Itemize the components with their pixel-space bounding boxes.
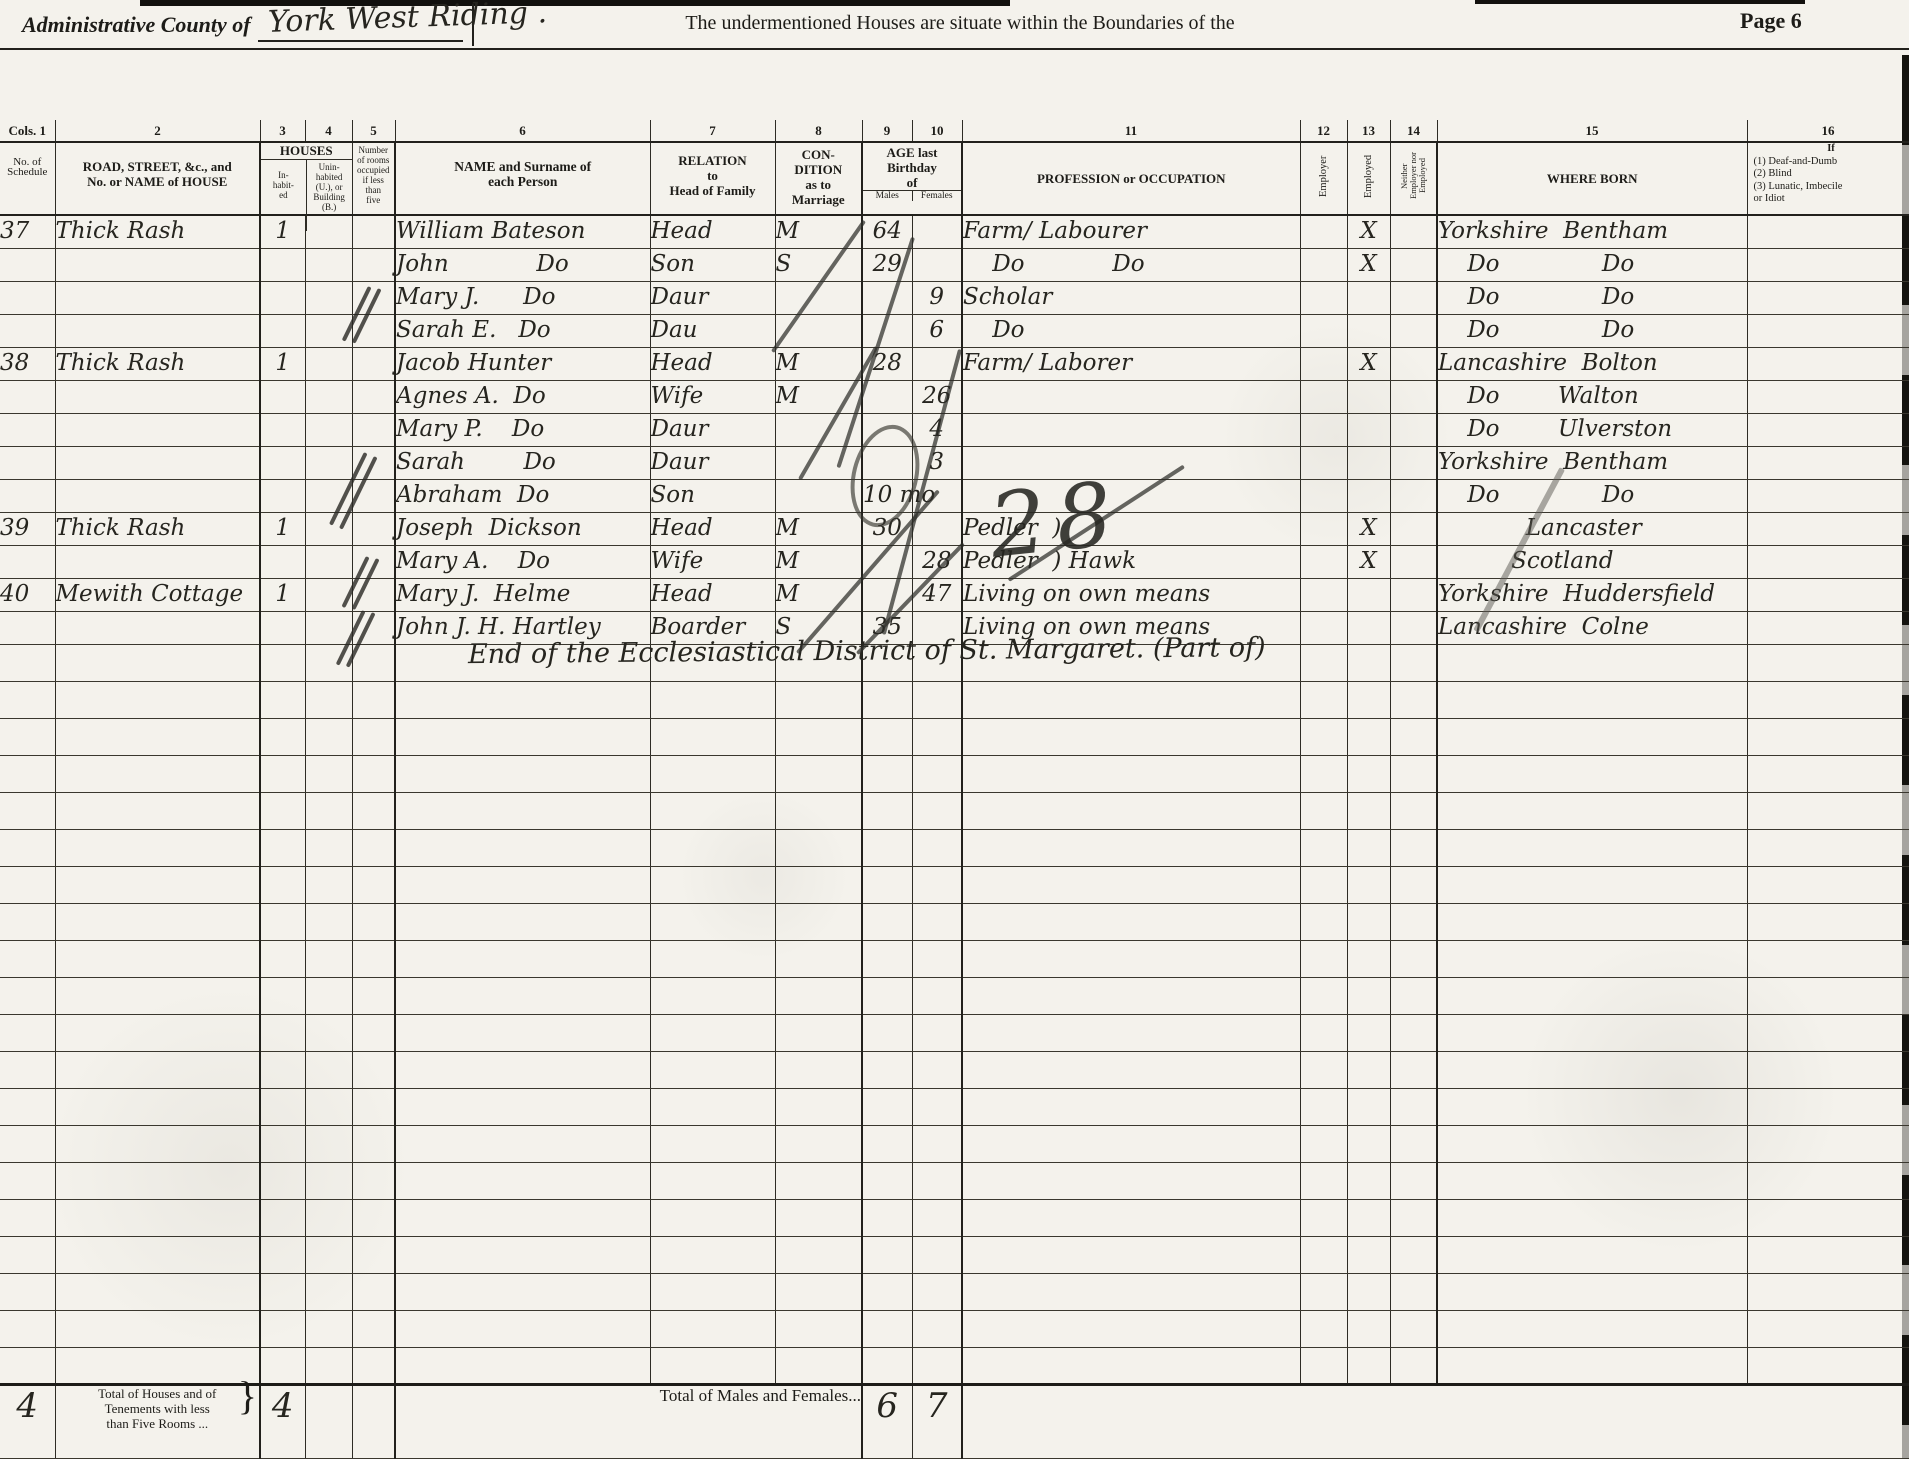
empty-row (0, 755, 1909, 792)
col-head-employed: Employed (1347, 142, 1390, 215)
empty-row (0, 1051, 1909, 1088)
footer-males-total: 6 (862, 1384, 912, 1458)
cell-uninhabited (305, 866, 352, 903)
cell-name-text: John J. H. Hartley (396, 614, 601, 640)
cell-relation (650, 681, 775, 718)
cell-rooms (352, 1125, 395, 1162)
cell-uninhabited (305, 718, 352, 755)
text-line: ROAD, STREET, &c., and (56, 159, 260, 174)
cell-house (55, 829, 260, 866)
cell-house-text: Thick Rash (56, 218, 186, 244)
cell-occupation (962, 792, 1300, 829)
person-row: Sarah E. DoDau6 Do Do Do (0, 314, 1909, 347)
cell-neither (1390, 578, 1437, 611)
cell-inhabited (260, 1199, 305, 1236)
cell-neither (1390, 829, 1437, 866)
cell-neither (1390, 1125, 1437, 1162)
cell-uninhabited (305, 792, 352, 829)
cell-schedule (0, 866, 55, 903)
cell-neither (1390, 380, 1437, 413)
cell-neither (1390, 1051, 1437, 1088)
cell-employer (1300, 347, 1347, 380)
empty-row (0, 1088, 1909, 1125)
cell-where-born: Do Walton (1437, 380, 1747, 413)
cell-employer (1300, 1125, 1347, 1162)
person-row: 39Thick Rash1Joseph DicksonHeadM30Pedler… (0, 512, 1909, 545)
column-headings-row: No. ofSchedule ROAD, STREET, &c., andNo.… (0, 142, 1909, 215)
cell-where-born (1437, 1125, 1747, 1162)
table-footer: 4 Total of Houses and ofTenements with l… (0, 1384, 1909, 1458)
cell-neither (1390, 281, 1437, 314)
cell-inhabited (260, 792, 305, 829)
empty-row (0, 792, 1909, 829)
cell-occupation (962, 1125, 1300, 1162)
text-line: CON- (776, 147, 862, 162)
cell-infirmities (1747, 1162, 1909, 1199)
cell-age-male (862, 792, 912, 829)
cell-age-male (862, 1051, 912, 1088)
cell-employer (1300, 792, 1347, 829)
cell-house (55, 1051, 260, 1088)
cell-age-female (912, 940, 962, 977)
cell-infirmities (1747, 792, 1909, 829)
cell-rooms (352, 829, 395, 866)
cell-inhabited (260, 977, 305, 1014)
cell-name (395, 1088, 650, 1125)
footer-empty-right (962, 1384, 1909, 1458)
cell-age-female (912, 977, 962, 1014)
text-line: (1) Deaf-and-Dumb (1754, 156, 1909, 169)
cell-where-born (1437, 940, 1747, 977)
cell-schedule (0, 446, 55, 479)
cell-neither (1390, 1014, 1437, 1051)
person-row: 40Mewith Cottage1Mary J. HelmeHeadM47Liv… (0, 578, 1909, 611)
cell-employer (1300, 1273, 1347, 1310)
cell-infirmities (1747, 611, 1909, 644)
cell-where-born-text: Do Do (1438, 482, 1634, 508)
cell-employed: X (1347, 215, 1390, 248)
col-head-uninhabited: Unin-habited(U.), orBuilding(B.) (307, 160, 352, 231)
cell-age-male (862, 1347, 912, 1384)
cell-neither (1390, 1162, 1437, 1199)
cell-rooms (352, 380, 395, 413)
totals-row: 4 Total of Houses and ofTenements with l… (0, 1384, 1909, 1458)
cell-age-female: 26 (912, 380, 962, 413)
cell-inhabited (260, 248, 305, 281)
cell-house (55, 1088, 260, 1125)
cell-condition (775, 1051, 862, 1088)
cell-house (55, 866, 260, 903)
cell-house (55, 1014, 260, 1051)
cell-employer (1300, 866, 1347, 903)
cell-rooms (352, 718, 395, 755)
cell-age-male-text: 64 (873, 218, 902, 244)
cell-schedule (0, 248, 55, 281)
cell-house: Thick Rash (55, 512, 260, 545)
cell-name (395, 940, 650, 977)
cell-rooms (352, 248, 395, 281)
cell-employed (1347, 446, 1390, 479)
cell-schedule (0, 644, 55, 681)
column-number: 15 (1437, 120, 1747, 142)
cell-employer (1300, 578, 1347, 611)
cell-uninhabited (305, 1088, 352, 1125)
cell-infirmities (1747, 446, 1909, 479)
cell-age-male (862, 1236, 912, 1273)
text-line: Building (307, 192, 352, 202)
cell-uninhabited (305, 1125, 352, 1162)
cell-inhabited (260, 866, 305, 903)
cell-house-text: Mewith Cottage (56, 581, 244, 607)
cell-employed: X (1347, 512, 1390, 545)
cell-occupation (962, 681, 1300, 718)
cell-inhabited (260, 1310, 305, 1347)
text-line: (B.) (307, 202, 352, 212)
cell-neither (1390, 1347, 1437, 1384)
cell-occupation (962, 829, 1300, 866)
cell-where-born (1437, 755, 1747, 792)
cell-rooms (352, 1014, 395, 1051)
cell-relation (650, 1162, 775, 1199)
text-line: AGE last (863, 145, 961, 160)
cell-name: John Do (395, 248, 650, 281)
cell-relation (650, 1236, 775, 1273)
cell-schedule (0, 1088, 55, 1125)
cell-house: Thick Rash (55, 347, 260, 380)
cell-house (55, 248, 260, 281)
cell-name (395, 755, 650, 792)
cell-rooms (352, 1273, 395, 1310)
cell-infirmities (1747, 755, 1909, 792)
col-head-age: AGE lastBirthdayof Males Females (862, 142, 962, 215)
cell-condition (775, 718, 862, 755)
cell-employed (1347, 1273, 1390, 1310)
col-head-houses: HOUSES In-habit-ed Unin-habited(U.), orB… (260, 142, 352, 215)
cell-occupation (962, 755, 1300, 792)
cell-occupation (962, 903, 1300, 940)
cell-age-male-text: 29 (873, 251, 902, 277)
cell-relation (650, 1273, 775, 1310)
cell-occupation (962, 1347, 1300, 1384)
cell-where-born-text: Lancaster (1438, 515, 1642, 541)
column-number: 6 (395, 120, 650, 142)
cell-rooms (352, 792, 395, 829)
cell-relation (650, 1088, 775, 1125)
person-row: Mary P. DoDaur4 Do Ulverston (0, 413, 1909, 446)
cell-condition (775, 903, 862, 940)
cell-neither (1390, 1199, 1437, 1236)
cell-condition-text: M (776, 218, 800, 244)
cell-relation-text: Head (651, 515, 713, 541)
text-line: NAME and Surname of (396, 159, 650, 174)
cell-inhabited (260, 1014, 305, 1051)
cell-inhabited (260, 314, 305, 347)
cell-rooms (352, 681, 395, 718)
cell-schedule (0, 1236, 55, 1273)
cell-house (55, 1273, 260, 1310)
cell-schedule (0, 755, 55, 792)
cell-schedule (0, 479, 55, 512)
cell-employed (1347, 718, 1390, 755)
cell-neither (1390, 1310, 1437, 1347)
cell-relation: Wife (650, 380, 775, 413)
cell-age-female (912, 718, 962, 755)
person-row: John DoSonS29 Do DoX Do Do (0, 248, 1909, 281)
cell-employer (1300, 977, 1347, 1014)
cell-where-born-text: Lancashire Colne (1438, 614, 1649, 640)
cell-infirmities (1747, 940, 1909, 977)
cell-house (55, 446, 260, 479)
footer-females-total: 7 (912, 1384, 962, 1458)
column-number: 7 (650, 120, 775, 142)
cell-relation-text: Son (651, 251, 695, 277)
cell-rooms (352, 512, 395, 545)
cell-employed (1347, 281, 1390, 314)
cell-house (55, 380, 260, 413)
cell-inhabited (260, 611, 305, 644)
cell-employed (1347, 792, 1390, 829)
cell-name-text: Mary J. Helme (396, 581, 570, 607)
census-scan-page: Administrative County of York West Ridin… (0, 0, 1909, 1459)
cell-inhabited (260, 1051, 305, 1088)
cell-house-text: Thick Rash (56, 350, 186, 376)
cell-neither (1390, 1236, 1437, 1273)
cell-employer (1300, 829, 1347, 866)
cell-name: Jacob Hunter (395, 347, 650, 380)
cell-house (55, 281, 260, 314)
col-head-condition: CON-DITIONas toMarriage (775, 142, 862, 215)
cell-age-female: 6 (912, 314, 962, 347)
cell-neither (1390, 644, 1437, 681)
empty-row (0, 1310, 1909, 1347)
text-line: Marriage (776, 192, 862, 207)
cell-uninhabited (305, 1347, 352, 1384)
cell-employer (1300, 1347, 1347, 1384)
cell-inhabited (260, 644, 305, 681)
text-line: If (1754, 143, 1909, 156)
cell-age-female (912, 1199, 962, 1236)
cell-age-female (912, 1236, 962, 1273)
table-body: 37Thick Rash1William BatesonHeadM64Farm/… (0, 215, 1909, 1384)
cell-uninhabited (305, 681, 352, 718)
cell-neither (1390, 248, 1437, 281)
cell-employer (1300, 940, 1347, 977)
cell-age-male (862, 903, 912, 940)
cell-condition (775, 755, 862, 792)
column-number: Cols. 1 (0, 120, 55, 142)
cell-house (55, 1199, 260, 1236)
cell-name (395, 1014, 650, 1051)
cell-house-text: Thick Rash (56, 515, 186, 541)
cell-employed (1347, 578, 1390, 611)
cell-relation: Daur (650, 281, 775, 314)
empty-row (0, 866, 1909, 903)
cell-age-female (912, 755, 962, 792)
cell-rooms (352, 1236, 395, 1273)
cell-where-born-text: Do Do (1438, 317, 1634, 343)
cell-rooms (352, 903, 395, 940)
cell-employed (1347, 681, 1390, 718)
text-line: habit- (261, 180, 306, 190)
cell-neither (1390, 347, 1437, 380)
cell-age-female (912, 1088, 962, 1125)
cell-uninhabited (305, 380, 352, 413)
cell-relation-text: Wife (651, 383, 704, 409)
cell-occupation-text: Farm/ Labourer (963, 218, 1147, 244)
cell-schedule (0, 1125, 55, 1162)
cell-employed (1347, 314, 1390, 347)
cell-infirmities (1747, 644, 1909, 681)
cell-inhabited-text: 1 (275, 218, 290, 244)
cell-employed (1347, 977, 1390, 1014)
col-head-name: NAME and Surname ofeach Person (395, 142, 650, 215)
cell-employed (1347, 1162, 1390, 1199)
cell-infirmities (1747, 413, 1909, 446)
cell-employer (1300, 380, 1347, 413)
text-line: In- (261, 170, 306, 180)
cell-condition (775, 1199, 862, 1236)
cell-uninhabited (305, 281, 352, 314)
cell-relation: Son (650, 479, 775, 512)
text-line: of (863, 175, 961, 190)
cell-name-text: Abraham Do (396, 482, 549, 508)
cell-uninhabited (305, 413, 352, 446)
cell-inhabited (260, 545, 305, 578)
cell-name (395, 903, 650, 940)
cell-condition (775, 1125, 862, 1162)
cell-infirmities (1747, 248, 1909, 281)
text-line: habited (307, 172, 352, 182)
cell-occupation-text: Farm/ Laborer (963, 350, 1132, 376)
cell-condition-text: M (776, 383, 800, 409)
cell-condition-text: M (776, 581, 800, 607)
cell-name (395, 1310, 650, 1347)
cell-inhabited (260, 829, 305, 866)
empty-row (0, 1162, 1909, 1199)
cell-neither (1390, 718, 1437, 755)
cell-where-born: Yorkshire Bentham (1437, 446, 1747, 479)
text-line: ed (261, 190, 306, 200)
cell-employer (1300, 755, 1347, 792)
cell-condition: M (775, 347, 862, 380)
cell-condition-text: M (776, 548, 800, 574)
text-line: five (353, 195, 395, 205)
cell-infirmities (1747, 281, 1909, 314)
cell-occupation: Do (962, 314, 1300, 347)
cell-employed (1347, 829, 1390, 866)
cell-house (55, 1236, 260, 1273)
cell-neither (1390, 314, 1437, 347)
cell-infirmities (1747, 681, 1909, 718)
cell-relation-text: Head (651, 581, 713, 607)
cell-occupation (962, 1088, 1300, 1125)
cell-schedule: 37 (0, 215, 55, 248)
cell-infirmities (1747, 903, 1909, 940)
footer-houses-total: 4 (260, 1384, 305, 1458)
cell-condition (775, 866, 862, 903)
cell-employer (1300, 446, 1347, 479)
cell-schedule (0, 413, 55, 446)
cell-schedule: 38 (0, 347, 55, 380)
cell-uninhabited (305, 1236, 352, 1273)
cell-age-female (912, 792, 962, 829)
text-line: No. or NAME of HOUSE (56, 174, 260, 189)
cell-age-female (912, 1273, 962, 1310)
text-line: occupied (353, 165, 395, 175)
cell-where-born (1437, 829, 1747, 866)
column-number: 10 (912, 120, 962, 142)
cell-employer (1300, 1310, 1347, 1347)
cell-relation-text: Wife (651, 548, 704, 574)
cell-occupation (962, 1199, 1300, 1236)
text-line: as to (776, 177, 862, 192)
cell-neither (1390, 413, 1437, 446)
cell-age-female: 47 (912, 578, 962, 611)
cell-house (55, 611, 260, 644)
col-head-relation: RELATIONtoHead of Family (650, 142, 775, 215)
end-of-district-note: End of the Ecclesiastical District of St… (468, 633, 1188, 670)
cell-uninhabited (305, 248, 352, 281)
cell-uninhabited (305, 1273, 352, 1310)
text-line: if less (353, 175, 395, 185)
cell-name-text: Jacob Hunter (396, 350, 551, 376)
cell-schedule (0, 1347, 55, 1384)
cell-neither (1390, 545, 1437, 578)
cell-schedule (0, 977, 55, 1014)
administrative-county-value: York West Riding . (267, 0, 547, 40)
cell-inhabited (260, 1125, 305, 1162)
cell-rooms (352, 1088, 395, 1125)
cell-infirmities (1747, 718, 1909, 755)
cell-uninhabited (305, 1162, 352, 1199)
cell-name-text: Mary A. Do (396, 548, 550, 574)
cell-neither (1390, 792, 1437, 829)
cell-infirmities (1747, 314, 1909, 347)
cell-infirmities (1747, 578, 1909, 611)
cell-infirmities (1747, 1310, 1909, 1347)
person-row: Mary J. DoDaur9Scholar Do Do (0, 281, 1909, 314)
empty-row (0, 903, 1909, 940)
cell-schedule: 40 (0, 578, 55, 611)
cell-where-born-text: Lancashire Bolton (1438, 350, 1658, 376)
cell-infirmities (1747, 545, 1909, 578)
cell-relation-text: Daur (651, 416, 709, 442)
cell-occupation-text: Scholar (963, 284, 1052, 310)
cell-schedule (0, 611, 55, 644)
text-line: Unin- (307, 162, 352, 172)
cell-relation (650, 940, 775, 977)
cell-name (395, 829, 650, 866)
col-head-where-born: WHERE BORN (1437, 142, 1747, 215)
empty-row (0, 1236, 1909, 1273)
cell-inhabited (260, 1347, 305, 1384)
cell-condition (775, 1347, 862, 1384)
cell-employed-text: X (1360, 350, 1376, 376)
text-line: of rooms (353, 155, 395, 165)
cell-infirmities (1747, 1347, 1909, 1384)
cell-house (55, 755, 260, 792)
footer-empty-cell (305, 1384, 352, 1458)
col-head-neither: NeitherEmployer norEmployed (1390, 142, 1437, 215)
cell-schedule (0, 792, 55, 829)
cell-age-female (912, 829, 962, 866)
cell-occupation-text: Do (963, 317, 1025, 343)
cell-age-male (862, 829, 912, 866)
text-line: Head of Family (651, 183, 775, 198)
cell-infirmities (1747, 512, 1909, 545)
cell-name: Joseph Dickson (395, 512, 650, 545)
text-line: DITION (776, 162, 862, 177)
